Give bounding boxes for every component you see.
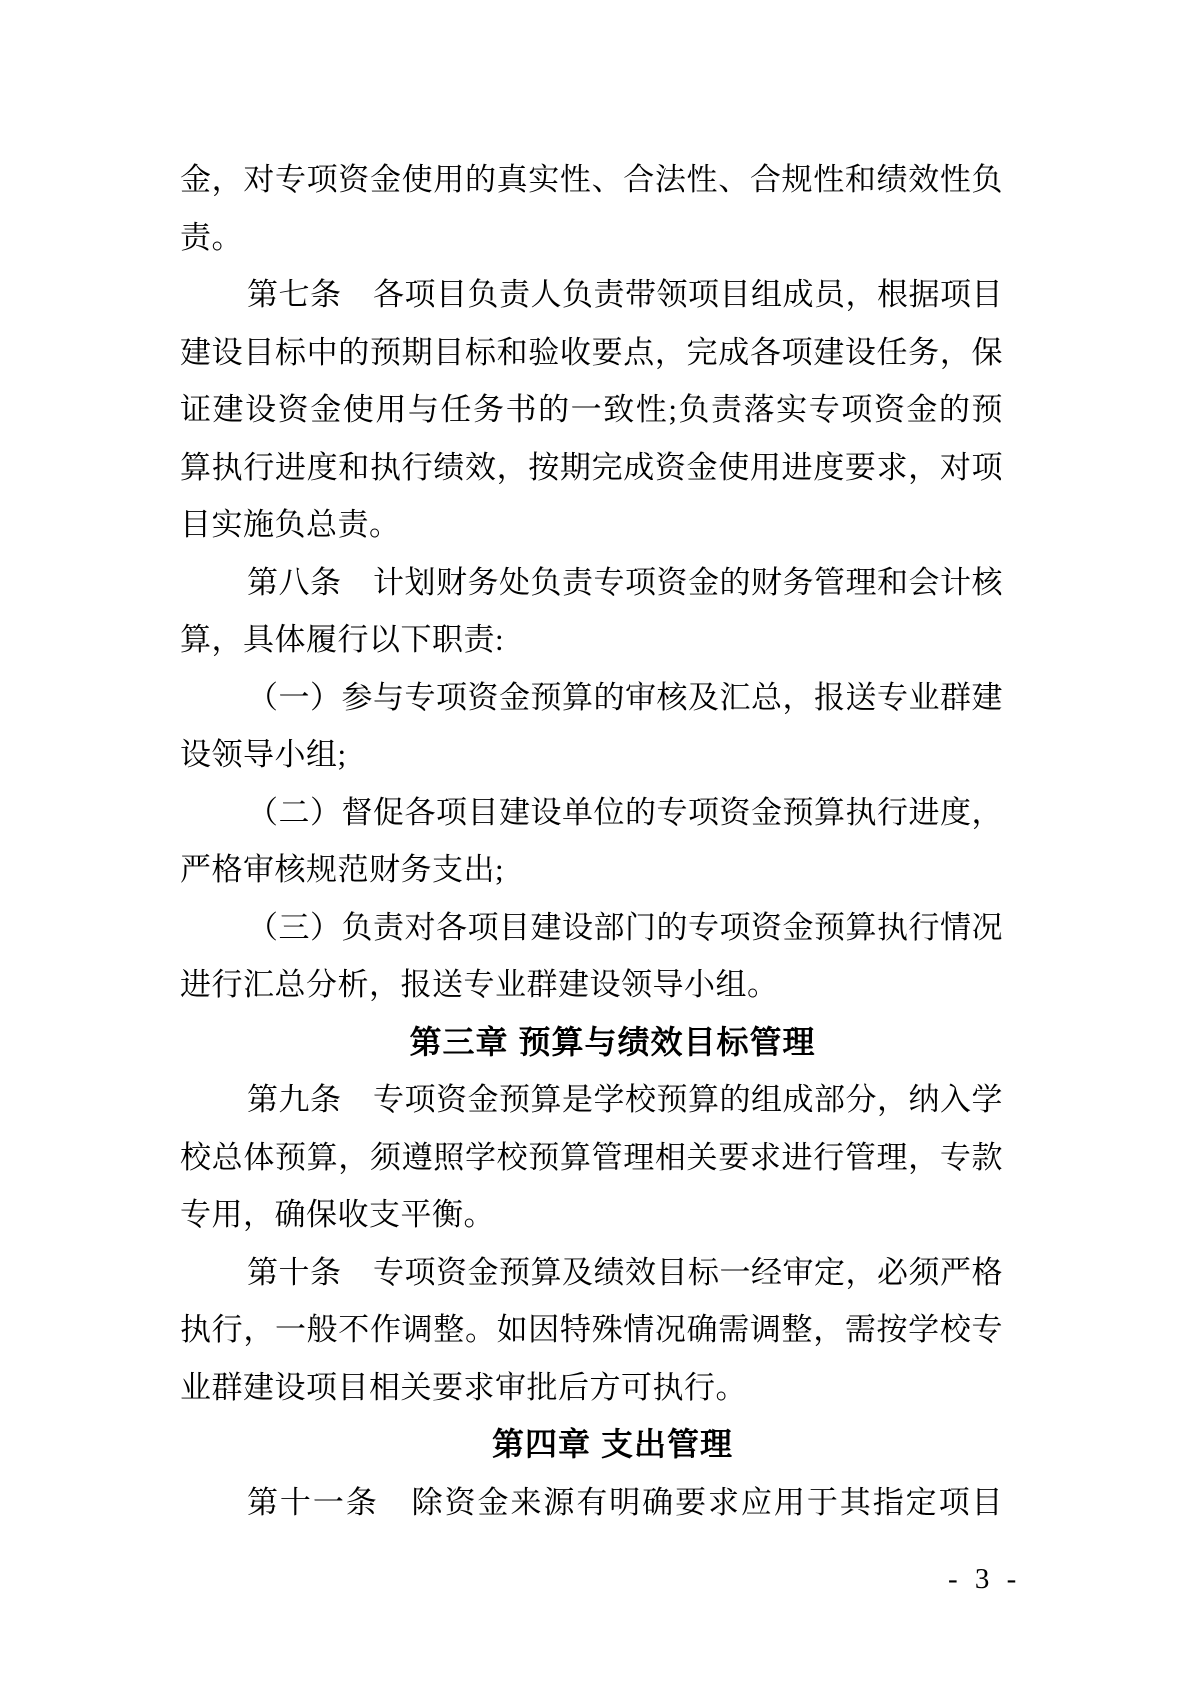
body-line: 校总体预算，须遵照学校预算管理相关要求进行管理，专款	[180, 1129, 1003, 1187]
body-line: 目实施负总责。	[180, 496, 1003, 554]
body-line: 金，对专项资金使用的真实性、合法性、合规性和绩效性负	[180, 151, 1003, 209]
body-line-article-9: 第九条 专项资金预算是学校预算的组成部分，纳入学	[180, 1071, 1003, 1129]
body-line-article-8: 第八条 计划财务处负责专项资金的财务管理和会计核	[180, 554, 1003, 612]
body-line: 设领导小组;	[180, 726, 1003, 784]
body-line-article-7: 第七条 各项目负责人负责带领项目组成员，根据项目	[180, 266, 1003, 324]
body-line-article-11: 第十一条 除资金来源有明确要求应用于其指定项目	[180, 1474, 1003, 1532]
body-line: 责。	[180, 209, 1003, 267]
body-line: 专用，确保收支平衡。	[180, 1186, 1003, 1244]
page-number: - 3 -	[948, 1563, 1021, 1595]
document-page: 金，对专项资金使用的真实性、合法性、合规性和绩效性负 责。 第七条 各项目负责人…	[0, 0, 1191, 1684]
body-line: 严格审核规范财务支出;	[180, 841, 1003, 899]
body-line: 执行，一般不作调整。如因特殊情况确需调整，需按学校专	[180, 1301, 1003, 1359]
body-line: 建设目标中的预期目标和验收要点，完成各项建设任务，保	[180, 324, 1003, 382]
chapter-4-heading: 第四章 支出管理	[180, 1416, 1003, 1474]
body-line-item-2: （二）督促各项目建设单位的专项资金预算执行进度，	[180, 784, 1003, 842]
body-line: 算执行进度和执行绩效，按期完成资金使用进度要求，对项	[180, 439, 1003, 497]
body-line-item-3: （三）负责对各项目建设部门的专项资金预算执行情况	[180, 899, 1003, 957]
body-line-item-1: （一）参与专项资金预算的审核及汇总，报送专业群建	[180, 669, 1003, 727]
body-line: 证建设资金使用与任务书的一致性;负责落实专项资金的预	[180, 381, 1003, 439]
chapter-3-heading: 第三章 预算与绩效目标管理	[180, 1014, 1003, 1072]
body-line: 进行汇总分析，报送专业群建设领导小组。	[180, 956, 1003, 1014]
document-text-block: 金，对专项资金使用的真实性、合法性、合规性和绩效性负 责。 第七条 各项目负责人…	[180, 151, 1003, 1531]
body-line-article-10: 第十条 专项资金预算及绩效目标一经审定，必须严格	[180, 1244, 1003, 1302]
body-line: 业群建设项目相关要求审批后方可执行。	[180, 1359, 1003, 1417]
body-line: 算，具体履行以下职责:	[180, 611, 1003, 669]
